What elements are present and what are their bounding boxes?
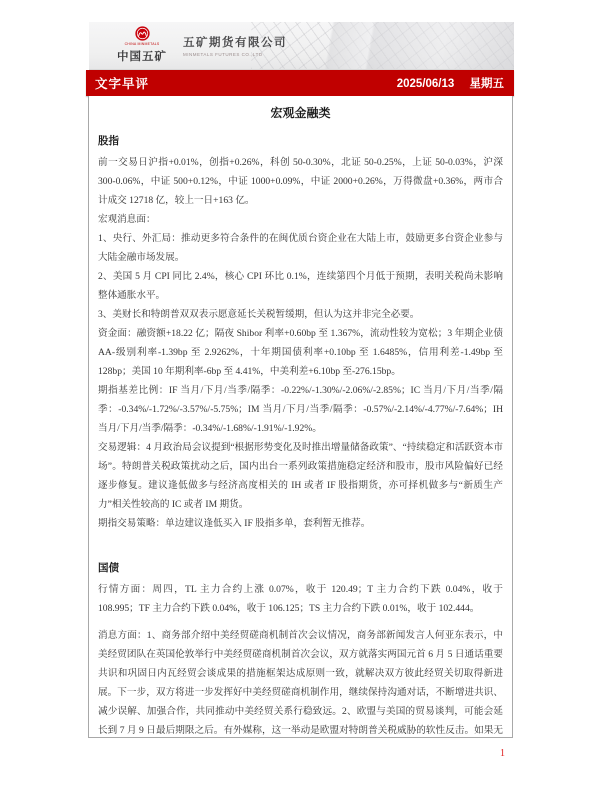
company-name-cn: 五矿期货有限公司 bbox=[183, 34, 287, 50]
building-photo bbox=[251, 22, 515, 69]
date-value: 2025/06/13 bbox=[397, 78, 455, 90]
paragraph-news-2: 2、美国 5 月 CPI 同比 2.4%，核心 CPI 环比 0.1%，连续第四… bbox=[98, 267, 503, 305]
paragraph-news-3: 3、美财长和特朗普双双表示愿意延长关税暂缓期，但认为这并非完全必要。 bbox=[98, 305, 503, 324]
report-page: CHINA MINMETALS 中国五矿 五矿期货有限公司 MINMETALS … bbox=[0, 0, 600, 800]
minmetals-emblem-icon bbox=[135, 26, 150, 41]
paragraph-funding: 资金面：融资额+18.22 亿；隔夜 Shibor 利率+0.60bp 至 1.… bbox=[98, 324, 503, 381]
company-logo: CHINA MINMETALS 中国五矿 五矿期货有限公司 MINMETALS … bbox=[113, 26, 287, 64]
report-date: 2025/06/13 星期五 bbox=[397, 75, 504, 91]
weekday-value: 星期五 bbox=[470, 78, 505, 90]
section-heading-treasury-bonds: 国债 bbox=[98, 561, 503, 575]
report-body: 宏观金融类 股指 前一交易日沪指+0.01%，创指+0.26%，科创 50-0.… bbox=[88, 96, 513, 738]
paragraph-news-1: 1、央行、外汇局：推动更多符合条件的在闽优质台资企业在大陆上市，鼓励更多台资企业… bbox=[98, 229, 503, 267]
paragraph-macro-news-label: 宏观消息面： bbox=[98, 210, 503, 229]
paragraph-bond-market: 行情方面：周四，TL 主力合约上涨 0.07%，收于 120.49；T 主力合约… bbox=[98, 580, 503, 618]
report-type-title: 文字早评 bbox=[95, 74, 149, 92]
paragraph-basis-ratio: 期指基差比例：IF 当月/下月/当季/隔季：-0.22%/-1.30%/-2.0… bbox=[98, 381, 503, 438]
paragraph-trading-logic: 交易逻辑：4 月政治局会议提到“根据形势变化及时推出增量储备政策”、“持续稳定和… bbox=[98, 438, 503, 514]
brand-name: 中国五矿 bbox=[117, 48, 167, 64]
title-banner: 文字早评 2025/06/13 星期五 bbox=[86, 70, 514, 96]
paragraph-bond-news: 消息方面：1、商务部介绍中美经贸磋商机制首次会议情况，商务部新闻发言人何亚东表示… bbox=[98, 626, 503, 738]
paragraph-strategy: 期指交易策略：单边建议逢低买入 IF 股指多单，套利暂无推荐。 bbox=[98, 514, 503, 533]
page-number: 1 bbox=[500, 748, 505, 759]
emblem-caption: CHINA MINMETALS bbox=[125, 42, 160, 46]
company-name-en: MINMETALS FUTURES CO.,LTD bbox=[183, 52, 287, 57]
section-heading-stock-index: 股指 bbox=[98, 134, 503, 148]
report-header: CHINA MINMETALS 中国五矿 五矿期货有限公司 MINMETALS … bbox=[89, 22, 514, 70]
category-title: 宏观金融类 bbox=[98, 105, 503, 121]
paragraph-market-recap: 前一交易日沪指+0.01%，创指+0.26%，科创 50-0.30%，北证 50… bbox=[98, 153, 503, 210]
